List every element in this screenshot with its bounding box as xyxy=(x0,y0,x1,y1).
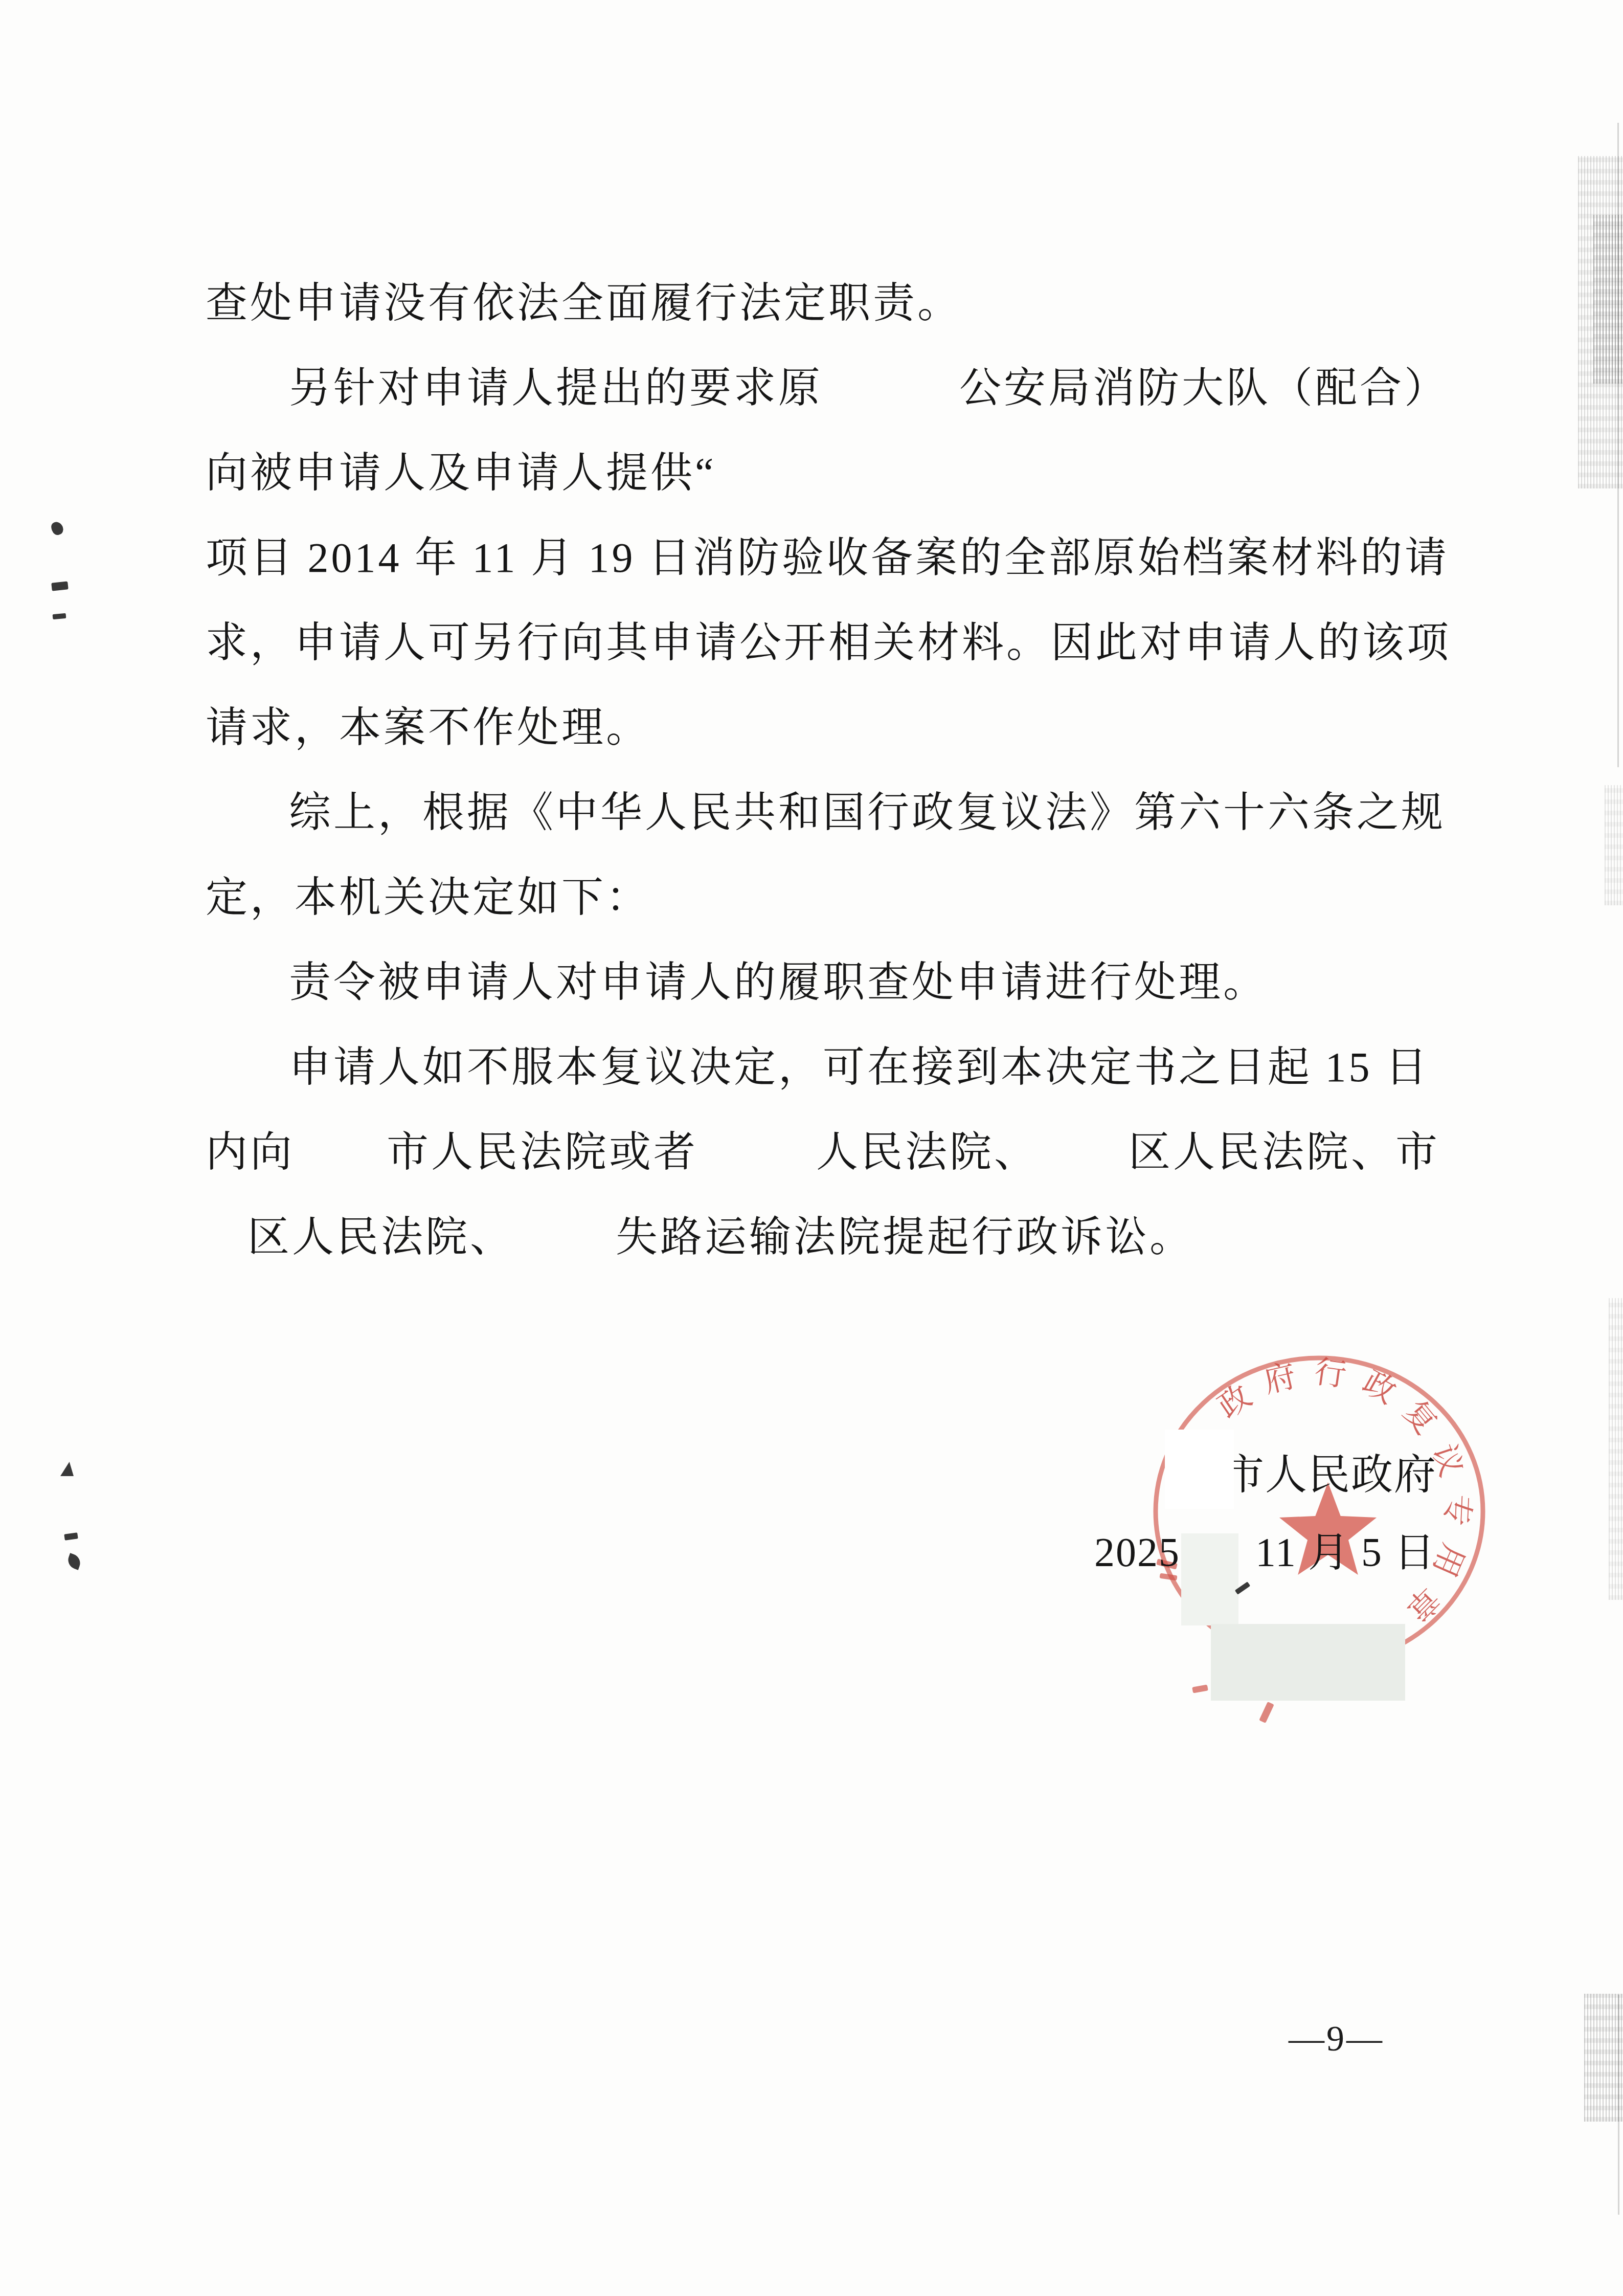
body-line-11-cont: 区人民法院、市 xyxy=(1129,1129,1440,1176)
document-page: 政府行政复议专用章 查处申请没有依法全面履行法定职责。 另针对申请人提出的要求原… xyxy=(0,0,1623,2296)
redaction-box xyxy=(1165,1430,1234,1509)
scan-artifact xyxy=(1618,1995,1619,2215)
body-line-2-cont: 公安局消防大队（配合） xyxy=(959,365,1449,412)
signature-date-month-day: 11 月 5 日 xyxy=(1255,1530,1436,1576)
ink-mark xyxy=(50,520,65,537)
page-number: —9— xyxy=(1289,2019,1384,2059)
body-line-12-cont: 失路运输法院提起行政诉讼。 xyxy=(616,1214,1194,1261)
ink-mark xyxy=(65,1553,82,1570)
body-line-11: 内向 xyxy=(206,1129,295,1176)
ink-mark xyxy=(53,613,66,619)
body-line-5: 求，申请人可另行向其申请公开相关材料。因此对申请人的该项 xyxy=(206,619,1451,666)
body-line-8: 定，本机关决定如下： xyxy=(206,874,650,921)
body-line-11-cont: 人民法院、 xyxy=(816,1129,1039,1176)
body-line-11-cont: 市人民法院或者 xyxy=(387,1129,698,1176)
ink-mark xyxy=(51,581,68,591)
body-line-9: 责令被申请人对申请人的履职查处申请进行处理。 xyxy=(289,959,1268,1006)
redaction-box xyxy=(1211,1624,1405,1701)
body-line-2: 另针对申请人提出的要求原 xyxy=(289,365,823,412)
body-line-1: 查处申请没有依法全面履行法定职责。 xyxy=(206,280,962,327)
body-line-12: 区人民法院、 xyxy=(247,1214,514,1261)
scan-artifact xyxy=(1584,1994,1623,2122)
ink-mark xyxy=(60,1462,74,1476)
body-line-4: 项目 2014 年 11 月 19 日消防验收备案的全部原始档案材料的请 xyxy=(206,534,1449,582)
body-line-3: 向被申请人及申请人提供“ xyxy=(206,450,716,497)
body-line-6: 请求，本案不作处理。 xyxy=(206,704,650,751)
redaction-box xyxy=(1181,1533,1238,1625)
body-line-7: 综上，根据《中华人民共和国行政复议法》第六十六条之规 xyxy=(289,789,1446,836)
scan-artifact xyxy=(1617,123,1619,767)
scan-artifact xyxy=(1605,785,1623,905)
scan-artifact xyxy=(1609,1298,1623,1600)
signature-issuer: 市人民政府 xyxy=(1222,1452,1437,1499)
body-line-10: 申请人如不服本复议决定，可在接到本决定书之日起 15 日 xyxy=(289,1044,1430,1091)
signature-date-year: 2025 xyxy=(1094,1530,1180,1576)
ink-mark xyxy=(64,1532,78,1541)
